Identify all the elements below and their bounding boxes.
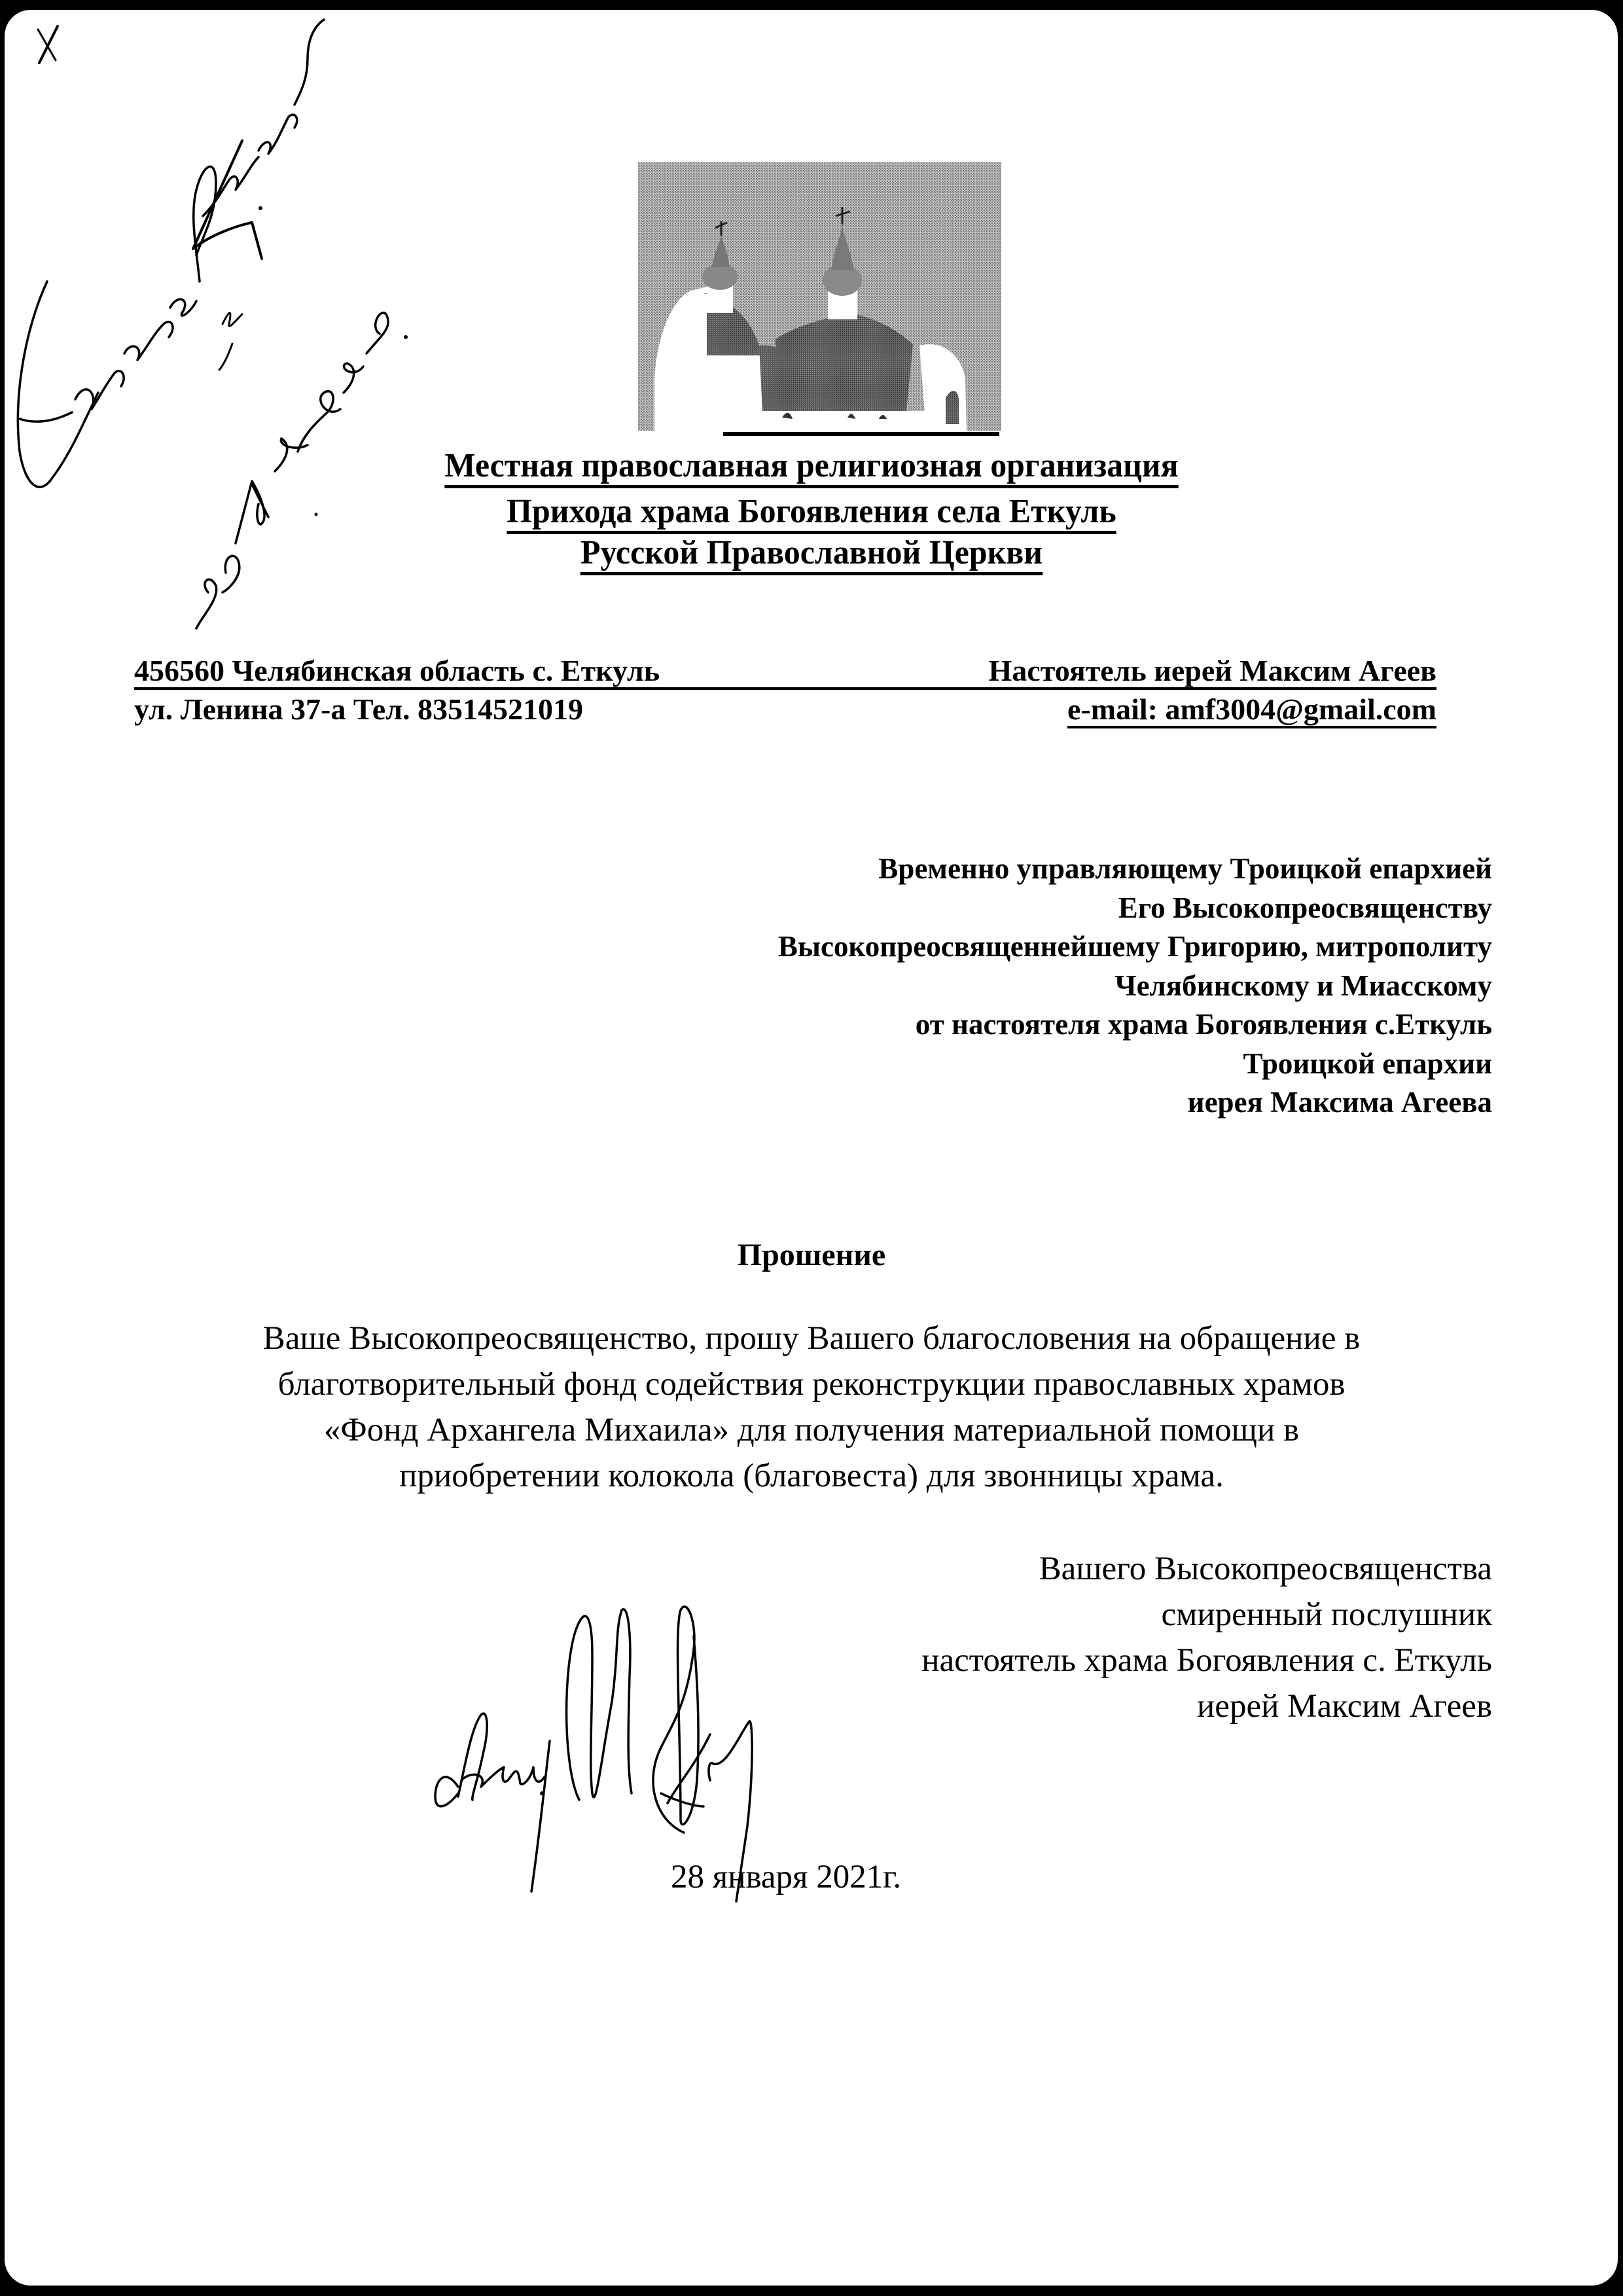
signature: [0, 0, 1623, 2296]
